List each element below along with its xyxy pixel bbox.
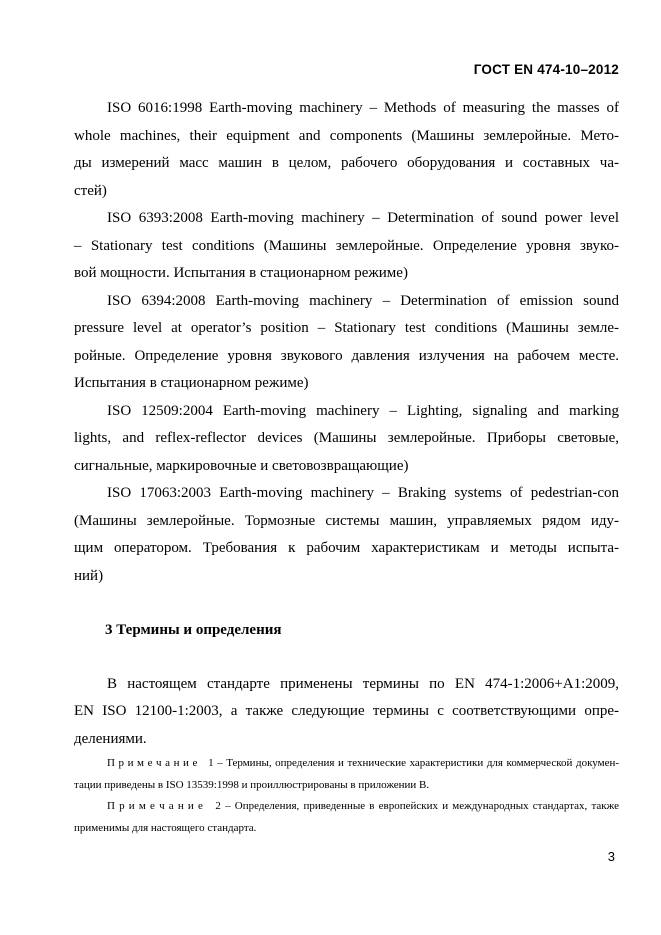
text-line: П р и м е ч а н и е 1 – Термины, определ… [74,753,619,775]
text-line: В настоящем стандарте применены термины … [74,671,619,699]
body-paragraph: ISO 6016:1998 Earth-moving machinery – M… [74,95,619,205]
body-paragraph: ISO 6394:2008 Earth-moving machinery – D… [74,288,619,398]
document-body: ISO 6016:1998 Earth-moving machinery – M… [74,95,619,839]
document-page: ГОСТ EN 474-10–2012 ISO 6016:1998 Earth-… [0,0,661,935]
text-line: ISO 6016:1998 Earth-moving machinery – M… [74,95,619,123]
text-line: (Машины землеройные. Тормозные системы м… [74,508,619,536]
body-paragraph: ISO 17063:2003 Earth-moving machinery – … [74,480,619,590]
text-line: Испытания в стационарном режиме) [74,370,619,398]
body-paragraph: В настоящем стандарте применены термины … [74,671,619,754]
text-line: ISO 17063:2003 Earth-moving machinery – … [74,480,619,508]
note-paragraph: П р и м е ч а н и е 2 – Определения, при… [74,796,619,839]
text-line: lights, and reflex-reflector devices (Ма… [74,425,619,453]
text-line: ды измерений масс машин в целом, рабочег… [74,150,619,178]
body-paragraph: ISO 12509:2004 Earth-moving machinery – … [74,398,619,481]
page-number: 3 [608,849,615,865]
text-line: ISO 6393:2008 Earth-moving machinery – D… [74,205,619,233]
body-paragraph: ISO 6393:2008 Earth-moving machinery – D… [74,205,619,288]
text-line: – Stationary test conditions (Машины зем… [74,233,619,261]
running-header: ГОСТ EN 474-10–2012 [74,62,619,78]
text-line: EN ISO 12100-1:2003, а также следующие т… [74,698,619,726]
text-line: сигнальные, маркировочные и световозвращ… [74,453,619,481]
text-line: тации приведены в ISO 13539:1998 и проил… [74,775,619,797]
text-line: ний) [74,563,619,591]
text-line: whole machines, their equipment and comp… [74,123,619,151]
text-line: ISO 12509:2004 Earth-moving machinery – … [74,398,619,426]
text-line: делениями. [74,726,619,754]
section-heading: 3 Термины и определения [74,617,619,645]
text-line: щим оператором. Требования к рабочим хар… [74,535,619,563]
note-paragraph: П р и м е ч а н и е 1 – Термины, определ… [74,753,619,796]
text-line: применимы для настоящего стандарта. [74,818,619,840]
text-line: П р и м е ч а н и е 2 – Определения, при… [74,796,619,818]
text-line: ISO 6394:2008 Earth-moving machinery – D… [74,288,619,316]
text-line: pressure level at operator’s position – … [74,315,619,343]
text-line: стей) [74,178,619,206]
text-line: вой мощности. Испытания в стационарном р… [74,260,619,288]
text-line: ройные. Определение уровня звукового дав… [74,343,619,371]
